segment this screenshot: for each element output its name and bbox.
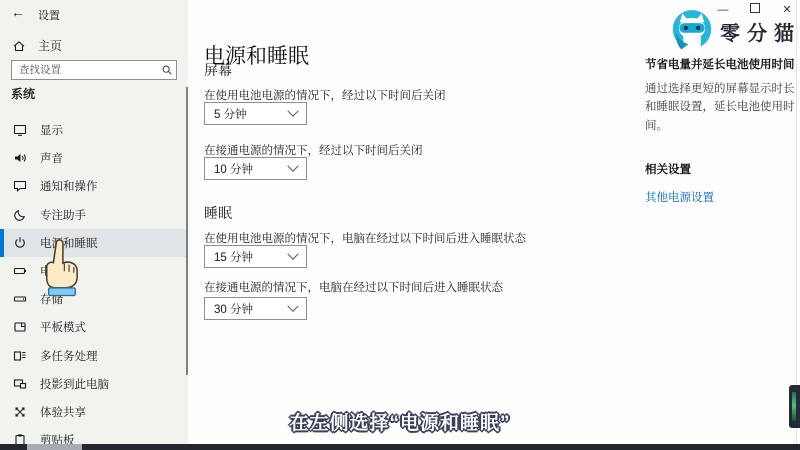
sidebar-item-label: 专注助手	[40, 207, 86, 223]
sidebar-item-label: 平板模式	[40, 319, 86, 335]
sidebar-item-label: 多任务处理	[40, 348, 98, 364]
dropdown-sleep-plugged[interactable]: 30 分钟	[204, 297, 307, 320]
chevron-down-icon	[287, 248, 298, 259]
settings-search[interactable]	[11, 60, 177, 80]
chevron-down-icon	[287, 105, 298, 116]
display-icon	[13, 123, 27, 137]
sidebar-item-label: 声音	[40, 150, 63, 166]
hand-cursor	[42, 234, 80, 300]
field-label-screen-battery: 在使用电池电源的情况下，经过以下时间后关闭	[204, 87, 446, 103]
sidebar-scrollbar[interactable]	[186, 87, 188, 375]
sidebar-item-home[interactable]: 主页	[12, 37, 62, 54]
selected-accent-bar	[0, 229, 4, 257]
section-heading-sleep: 睡眠	[204, 203, 232, 223]
dropdown-value: 30 分钟	[214, 301, 253, 317]
dropdown-screen-plugged[interactable]: 10 分钟	[204, 157, 307, 180]
section-heading-screen: 屏幕	[204, 60, 232, 80]
sidebar-item-multitasking[interactable]: 多任务处理	[0, 342, 188, 370]
logo-text: 零分猫	[720, 17, 800, 46]
sidebar-nav: 显示 声音 通知和操作 专注助手 电源和睡眠 电池 存储 平板模式 多任务处理 …	[0, 116, 188, 450]
sidebar-item-projecting[interactable]: 投影到此电脑	[0, 370, 188, 398]
power-icon	[13, 236, 27, 250]
search-input[interactable]	[12, 64, 158, 76]
dropdown-value: 10 分钟	[214, 161, 253, 177]
sidebar-item-tablet-mode[interactable]: 平板模式	[0, 313, 188, 341]
sidebar-item-sound[interactable]: 声音	[0, 144, 188, 172]
tip-title: 节省电量并延长电池使用时间	[645, 57, 795, 73]
chevron-down-icon	[287, 300, 298, 311]
power-sleep-page: 电源和睡眠 屏幕 在使用电池电源的情况下，经过以下时间后关闭 5 分钟 在接通电…	[204, 0, 624, 444]
multitasking-icon	[13, 349, 27, 363]
related-settings-heading: 相关设置	[645, 161, 795, 177]
dropdown-sleep-battery[interactable]: 15 分钟	[204, 245, 307, 268]
window-right-edge	[796, 0, 797, 444]
sound-icon	[13, 151, 27, 165]
field-label-screen-plugged: 在接通电源的情况下，经过以下时间后关闭	[204, 142, 423, 158]
project-icon	[13, 377, 27, 391]
tutorial-subtitle: 在左侧选择“电源和睡眠”	[0, 408, 800, 435]
home-label: 主页	[38, 37, 62, 54]
sidebar-item-battery[interactable]: 电池	[0, 257, 188, 285]
sidebar-item-focus-assist[interactable]: 专注助手	[0, 201, 188, 229]
sidebar-item-power-sleep[interactable]: 电源和睡眠	[0, 229, 188, 257]
sidebar-item-storage[interactable]: 存储	[0, 285, 188, 313]
dropdown-screen-battery[interactable]: 5 分钟	[204, 102, 307, 125]
home-icon	[12, 39, 26, 53]
battery-icon	[13, 264, 27, 278]
sidebar-item-label: 投影到此电脑	[40, 376, 109, 392]
focus-assist-icon	[13, 208, 27, 222]
sidebar-item-label: 通知和操作	[40, 178, 98, 194]
bottom-edge-strip-segment	[27, 444, 82, 450]
window-title: 设置	[38, 7, 60, 23]
field-label-sleep-plugged: 在接通电源的情况下，电脑在经过以下时间后进入睡眠状态	[204, 279, 503, 295]
dropdown-value: 15 分钟	[214, 249, 253, 265]
field-label-sleep-battery: 在使用电池电源的情况下，电脑在经过以下时间后进入睡眠状态	[204, 230, 526, 246]
watermark-logo: 零分猫	[671, 8, 800, 54]
sidebar-item-notifications[interactable]: 通知和操作	[0, 172, 188, 200]
sidebar-section-system: 系统	[11, 85, 35, 102]
back-button[interactable]: ←	[11, 4, 25, 20]
chevron-down-icon	[287, 160, 298, 171]
storage-icon	[13, 292, 27, 306]
search-icon	[158, 64, 176, 76]
tablet-mode-icon	[13, 320, 27, 334]
sidebar-item-label: 显示	[40, 122, 63, 138]
dropdown-value: 5 分钟	[214, 106, 247, 122]
additional-power-settings-link[interactable]: 其他电源设置	[645, 189, 795, 205]
notifications-icon	[13, 179, 27, 193]
sidebar-item-display[interactable]: 显示	[0, 116, 188, 144]
tip-body: 通过选择更短的屏幕显示时长和睡眠设置，延长电池使用时间。	[645, 80, 795, 135]
cat-mascot-icon	[671, 8, 713, 54]
bottom-edge-strip	[0, 444, 800, 450]
tips-panel: 节省电量并延长电池使用时间 通过选择更短的屏幕显示时长和睡眠设置，延长电池使用时…	[645, 57, 795, 216]
